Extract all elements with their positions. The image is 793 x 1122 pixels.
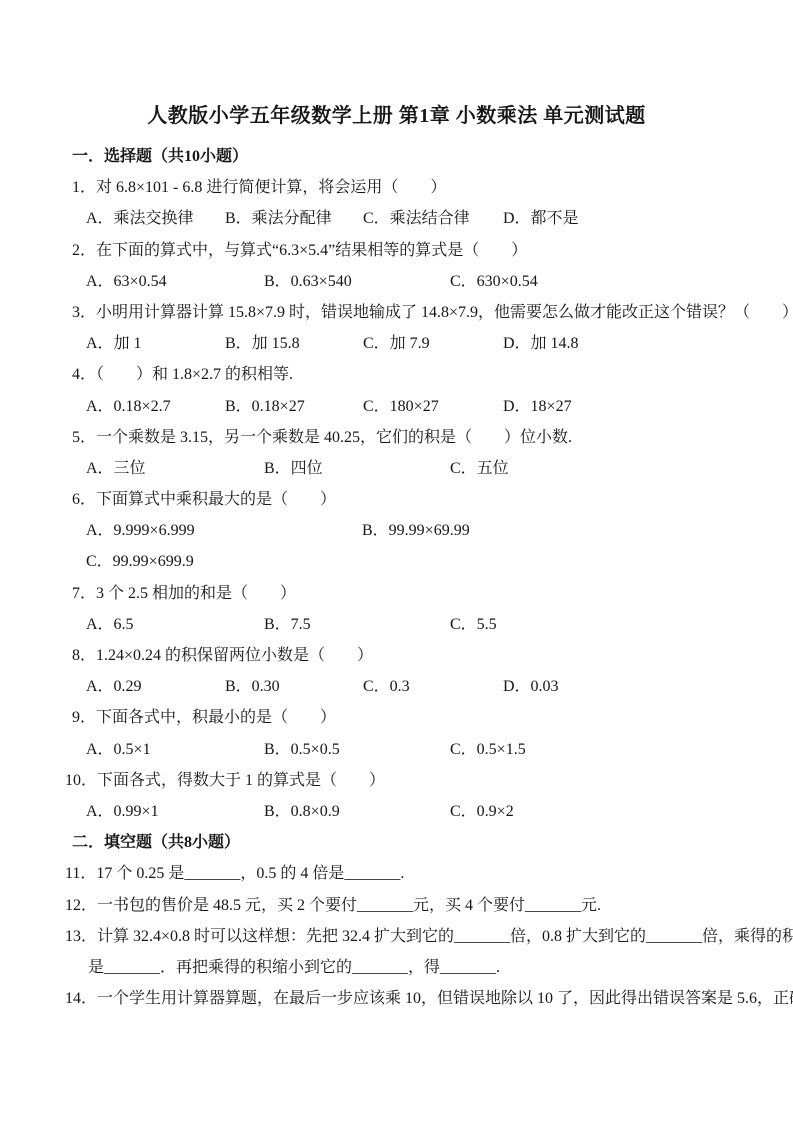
question-1-options: A．乘法交换律 B．乘法分配律 C．乘法结合律 D．都不是 (72, 203, 793, 234)
question-10: 10．下面各式，得数大于 1 的算式是（ ） (65, 765, 793, 796)
page-title: 人教版小学五年级数学上册 第1章 小数乘法 单元测试题 (0, 0, 793, 129)
question-11: 11．17 个 0.25 是_______，0.5 的 4 倍是_______. (65, 858, 793, 889)
question-10-options: A．0.99×1 B．0.8×0.9 C．0.9×2 (72, 796, 793, 827)
question-1-option-d: D．都不是 (503, 203, 579, 234)
question-10-option-c: C．0.9×2 (450, 796, 514, 827)
question-6-option-a: A．9.999×6.999 (86, 515, 362, 546)
section-2-heading: 二．填空题（共8小题） (72, 827, 793, 858)
question-4-option-b: B．0.18×27 (225, 391, 363, 422)
question-2-option-b: B．0.63×540 (264, 266, 450, 297)
section-1-heading: 一．选择题（共10小题） (72, 141, 793, 172)
question-8: 8．1.24×0.24 的积保留两位小数是（ ） (72, 640, 793, 671)
question-3-option-a: A．加 1 (86, 328, 225, 359)
question-1-option-c: C．乘法结合律 (363, 203, 503, 234)
question-4: 4．（ ）和 1.8×2.7 的积相等. (72, 359, 793, 390)
question-8-options: A．0.29 B．0.30 C．0.3 D．0.03 (72, 671, 793, 702)
question-12: 12．一书包的售价是 48.5 元，买 2 个要付_______元，买 4 个要… (65, 890, 793, 921)
question-9-option-b: B．0.5×0.5 (264, 734, 450, 765)
question-4-option-c: C．180×27 (363, 391, 503, 422)
question-1-option-a: A．乘法交换律 (86, 203, 225, 234)
question-3-option-d: D．加 14.8 (503, 328, 579, 359)
question-5-option-b: B．四位 (264, 453, 450, 484)
question-2-option-a: A．63×0.54 (86, 266, 264, 297)
question-7-option-c: C．5.5 (450, 609, 497, 640)
question-1-option-b: B．乘法分配律 (225, 203, 363, 234)
question-4-option-a: A．0.18×2.7 (86, 391, 225, 422)
question-7: 7．3 个 2.5 相加的和是（ ） (72, 578, 793, 609)
question-5-option-a: A．三位 (86, 453, 264, 484)
question-6-options-row-2: C．99.99×699.9 (72, 546, 793, 577)
question-9-options: A．0.5×1 B．0.5×0.5 C．0.5×1.5 (72, 734, 793, 765)
question-6-option-b: B．99.99×69.99 (362, 515, 470, 546)
question-13-line-2: 是_______．再把乘得的积缩小到它的_______，得_______. (72, 952, 793, 983)
question-1: 1．对 6.8×101 - 6.8 进行简便计算，将会运用（ ） (72, 172, 793, 203)
question-7-option-b: B．7.5 (264, 609, 450, 640)
question-10-option-a: A．0.99×1 (86, 796, 264, 827)
test-paper-page: 人教版小学五年级数学上册 第1章 小数乘法 单元测试题 一．选择题（共10小题）… (0, 0, 793, 1122)
question-8-option-d: D．0.03 (503, 671, 559, 702)
question-2: 2．在下面的算式中，与算式“6.3×5.4”结果相等的算式是（ ） (72, 235, 793, 266)
question-9-option-a: A．0.5×1 (86, 734, 264, 765)
question-2-option-c: C．630×0.54 (450, 266, 538, 297)
question-6-options-row-1: A．9.999×6.999 B．99.99×69.99 (72, 515, 793, 546)
question-3-option-c: C．加 7.9 (363, 328, 503, 359)
question-9-option-c: C．0.5×1.5 (450, 734, 526, 765)
question-6: 6．下面算式中乘积最大的是（ ） (72, 484, 793, 515)
question-7-options: A．6.5 B．7.5 C．5.5 (72, 609, 793, 640)
question-8-option-b: B．0.30 (225, 671, 363, 702)
question-3-options: A．加 1 B．加 15.8 C．加 7.9 D．加 14.8 (72, 328, 793, 359)
question-8-option-a: A．0.29 (86, 671, 225, 702)
question-5: 5．一个乘数是 3.15，另一个乘数是 40.25，它们的积是（ ）位小数. (72, 422, 793, 453)
question-14: 14．一个学生用计算器算题，在最后一步应该乘 10，但错误地除以 10 了，因此… (65, 983, 793, 1014)
question-9: 9．下面各式中，积最小的是（ ） (72, 702, 793, 733)
question-10-option-b: B．0.8×0.9 (264, 796, 450, 827)
question-3-option-b: B．加 15.8 (225, 328, 363, 359)
question-6-option-c: C．99.99×699.9 (86, 546, 194, 577)
question-3: 3．小明用计算器计算 15.8×7.9 时，错误地输成了 14.8×7.9，他需… (72, 297, 793, 328)
question-7-option-a: A．6.5 (86, 609, 264, 640)
paper-body: 一．选择题（共10小题） 1．对 6.8×101 - 6.8 进行简便计算，将会… (0, 141, 793, 1014)
question-13-line-1: 13．计算 32.4×0.8 时可以这样想：先把 32.4 扩大到它的_____… (65, 921, 793, 952)
question-5-option-c: C．五位 (450, 453, 509, 484)
question-5-options: A．三位 B．四位 C．五位 (72, 453, 793, 484)
question-4-options: A．0.18×2.7 B．0.18×27 C．180×27 D．18×27 (72, 391, 793, 422)
question-4-option-d: D．18×27 (503, 391, 572, 422)
question-8-option-c: C．0.3 (363, 671, 503, 702)
question-2-options: A．63×0.54 B．0.63×540 C．630×0.54 (72, 266, 793, 297)
